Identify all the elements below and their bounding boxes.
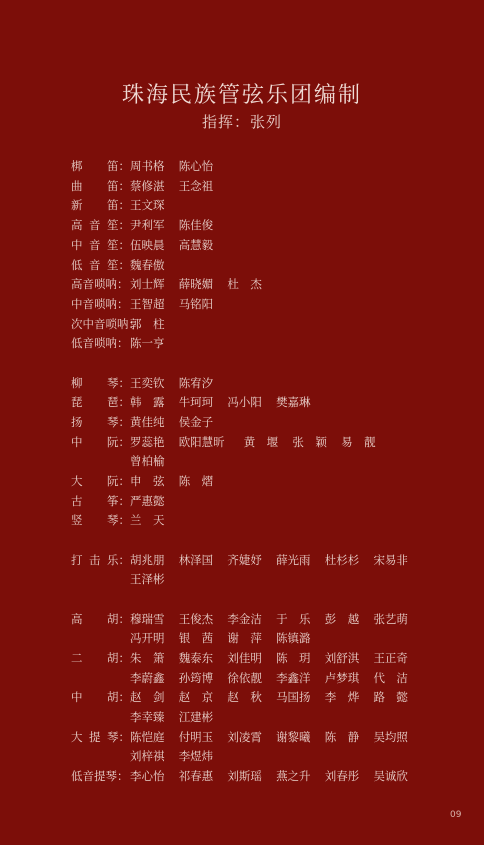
instrument-label-part: 音: [89, 236, 101, 256]
musician-name: 陈 熠: [179, 472, 228, 492]
musician-name: 王念祖: [179, 177, 228, 197]
musician-name: 杜杉杉: [325, 551, 374, 571]
musician-list: 王智超马铭阳: [130, 295, 430, 315]
instrument-row: 高胡：穆瑞雪王俊杰李金洁于 乐彭 越张艺萌冯开明银 茜谢 萍陈镇潞: [71, 610, 451, 649]
roster-section: 柳琴：王奕钦陈宥汐琵琶：韩 露牛珂珂冯小阳樊嘉琳扬琴：黄佳纯侯金子中阮：罗蕊艳欧…: [71, 374, 451, 532]
instrument-label-part: 中: [71, 433, 83, 453]
musician-name: 刘春彤: [325, 767, 374, 787]
instrument-row: 古筝：严惠懿: [71, 492, 451, 512]
instrument-row: 二胡：朱 箫魏泰东刘佳明陈 玥刘舒淇王正奇李蔚鑫孙筠博徐依靓李鑫洋卢梦琪代 洁: [71, 649, 451, 688]
musician-list: 蔡修湛王念祖: [130, 177, 430, 197]
musician-name: 周书格: [130, 157, 179, 177]
musician-name: 冯开明: [130, 629, 179, 649]
musician-name: 伍映晨: [130, 236, 179, 256]
instrument-label-part: 笛：: [107, 196, 130, 216]
musician-name: 刘梓祺: [130, 747, 179, 767]
musician-name: 张 颖: [292, 433, 341, 453]
instrument-row: 低音提琴：李心怡祁春惠刘斯瑶燕之升刘春彤吴诚欣: [71, 767, 451, 787]
musician-name: 陈 玥: [276, 649, 325, 669]
musician-name: 徐依靓: [227, 669, 276, 689]
instrument-label-part: 笙：: [107, 256, 130, 276]
musician-list: 黄佳纯侯金子: [130, 413, 430, 433]
musician-name: 陈镇潞: [276, 629, 325, 649]
instrument-row: 中胡：赵 剑赵 京赵 秋马国扬李 烨路 懿李幸臻江建彬: [71, 688, 451, 727]
instrument-label-part: 琶：: [107, 393, 130, 413]
instrument-label: 高音唢呐：: [71, 275, 130, 295]
musician-name: 江建彬: [179, 708, 228, 728]
musician-list: 尹利军陈佳俊: [130, 216, 430, 236]
musician-name: 杜 杰: [227, 275, 276, 295]
musician-list: 郭 柱: [130, 315, 430, 335]
instrument-label: 大阮：: [71, 472, 130, 492]
musician-name: 林泽国: [179, 551, 228, 571]
instrument-label-part: 胡：: [107, 610, 130, 630]
instrument-row: 次中音唢呐：郭 柱: [71, 315, 451, 335]
musician-name: 宋易非: [373, 551, 422, 571]
instrument-label: 中音笙：: [71, 236, 130, 256]
instrument-label-part: 中音唢呐：: [71, 295, 129, 315]
instrument-row: 高音笙：尹利军陈佳俊: [71, 216, 451, 236]
musician-name: 彭 越: [325, 610, 374, 630]
instrument-row: 中阮：罗蕊艳欧阳慧昕黄 堰张 颖易 靓曾柏榆: [71, 433, 451, 472]
musician-list: 王奕钦陈宥汐: [130, 374, 430, 394]
musician-list: 李心怡祁春惠刘斯瑶燕之升刘春彤吴诚欣: [130, 767, 430, 787]
instrument-row: 高音唢呐：刘士辉薛晓媚杜 杰: [71, 275, 451, 295]
instrument-label-part: 琴：: [107, 728, 130, 748]
musician-name: 易 靓: [341, 433, 390, 453]
musician-name: 马铭阳: [179, 295, 228, 315]
musician-name: 曾柏榆: [130, 452, 179, 472]
musician-list: 罗蕊艳欧阳慧昕黄 堰张 颖易 靓曾柏榆: [130, 433, 430, 472]
instrument-row: 柳琴：王奕钦陈宥汐: [71, 374, 451, 394]
instrument-row: 扬琴：黄佳纯侯金子: [71, 413, 451, 433]
instrument-label: 打击乐：: [71, 551, 130, 571]
musician-name: 陈恺庭: [130, 728, 179, 748]
musician-list: 魏春傲: [130, 256, 430, 276]
instrument-label-part: 胡：: [107, 688, 130, 708]
instrument-label-part: 阮：: [107, 433, 130, 453]
musician-list: 赵 剑赵 京赵 秋马国扬李 烨路 懿李幸臻江建彬: [130, 688, 430, 727]
musician-list: 陈恺庭付明玉刘凌霄谢黎曦陈 静吴均照刘梓祺李煜炜: [130, 728, 430, 767]
musician-list: 韩 露牛珂珂冯小阳樊嘉琳: [130, 393, 430, 413]
musician-name: 代 洁: [373, 669, 422, 689]
musician-name: 尹利军: [130, 216, 179, 236]
instrument-label-part: 笛：: [107, 177, 130, 197]
musician-list: 严惠懿: [130, 492, 430, 512]
instrument-label-part: 低音提琴：: [71, 767, 129, 787]
roster-section: 梆笛：周书格陈心怡曲笛：蔡修湛王念祖新笛：王文琛高音笙：尹利军陈佳俊中音笙：伍映…: [71, 157, 451, 354]
musician-list: 刘士辉薛晓媚杜 杰: [130, 275, 430, 295]
instrument-label-part: 高: [71, 610, 83, 630]
musician-name: 樊嘉琳: [276, 393, 325, 413]
instrument-label: 低音提琴：: [71, 767, 130, 787]
instrument-label-part: 高音唢呐：: [71, 275, 129, 295]
musician-name: 王文琛: [130, 196, 179, 216]
musician-name: 刘凌霄: [227, 728, 276, 748]
instrument-label-part: 打: [71, 551, 83, 571]
instrument-label-part: 低音唢呐：: [71, 334, 129, 354]
orchestra-roster: 梆笛：周书格陈心怡曲笛：蔡修湛王念祖新笛：王文琛高音笙：尹利军陈佳俊中音笙：伍映…: [71, 157, 451, 806]
musician-name: 严惠懿: [130, 492, 179, 512]
instrument-label: 扬琴：: [71, 413, 130, 433]
musician-name: 陈宥汐: [179, 374, 228, 394]
instrument-label-part: 大: [71, 728, 83, 748]
page-number: 09: [450, 810, 461, 820]
instrument-label-part: 二: [71, 649, 83, 669]
musician-name: 赵 剑: [130, 688, 179, 708]
musician-name: 王俊杰: [179, 610, 228, 630]
instrument-label: 高音笙：: [71, 216, 130, 236]
musician-name: 齐婕妤: [227, 551, 276, 571]
roster-section: 高胡：穆瑞雪王俊杰李金洁于 乐彭 越张艺萌冯开明银 茜谢 萍陈镇潞二胡：朱 箫魏…: [71, 610, 451, 787]
musician-name: 谢黎曦: [276, 728, 325, 748]
musician-name: 刘士辉: [130, 275, 179, 295]
instrument-label-part: 笙：: [107, 236, 130, 256]
instrument-label: 大提琴：: [71, 728, 130, 748]
instrument-label-part: 胡：: [107, 649, 130, 669]
musician-name: 郭 柱: [130, 315, 179, 335]
musician-name: 兰 天: [130, 511, 179, 531]
musician-name: 祁春惠: [179, 767, 228, 787]
musician-name: 申 弦: [130, 472, 179, 492]
instrument-label: 曲笛：: [71, 177, 130, 197]
instrument-label: 高胡：: [71, 610, 130, 630]
instrument-row: 琵琶：韩 露牛珂珂冯小阳樊嘉琳: [71, 393, 451, 413]
instrument-label: 二胡：: [71, 649, 130, 669]
instrument-label: 中阮：: [71, 433, 130, 453]
musician-name: 黄佳纯: [130, 413, 179, 433]
instrument-label-part: 中: [71, 688, 83, 708]
musician-name: 高慧毅: [179, 236, 228, 256]
musician-name: 谢 萍: [227, 629, 276, 649]
instrument-label-part: 梆: [71, 157, 83, 177]
page-title: 珠海民族管弦乐团编制: [0, 78, 484, 109]
musician-name: 刘斯瑶: [227, 767, 276, 787]
musician-name: 卢梦琪: [325, 669, 374, 689]
musician-name: 穆瑞雪: [130, 610, 179, 630]
instrument-label: 柳琴：: [71, 374, 130, 394]
musician-name: 王奕钦: [130, 374, 179, 394]
instrument-label: 次中音唢呐：: [71, 315, 130, 335]
musician-name: 李鑫洋: [276, 669, 325, 689]
musician-name: 付明玉: [179, 728, 228, 748]
musician-name: 李心怡: [130, 767, 179, 787]
musician-name: 蔡修湛: [130, 177, 179, 197]
musician-name: 王正奇: [373, 649, 422, 669]
instrument-row: 中音笙：伍映晨高慧毅: [71, 236, 451, 256]
instrument-label-part: 筝：: [107, 492, 130, 512]
musician-name: 魏春傲: [130, 256, 179, 276]
instrument-label: 中胡：: [71, 688, 130, 708]
instrument-label-part: 音: [89, 216, 101, 236]
instrument-label-part: 乐：: [107, 551, 130, 571]
instrument-row: 中音唢呐：王智超马铭阳: [71, 295, 451, 315]
musician-list: 伍映晨高慧毅: [130, 236, 430, 256]
musician-name: 王泽彬: [130, 570, 179, 590]
musician-name: 李蔚鑫: [130, 669, 179, 689]
musician-name: 王智超: [130, 295, 179, 315]
musician-name: 薛光雨: [276, 551, 325, 571]
musician-name: 于 乐: [276, 610, 325, 630]
instrument-row: 新笛：王文琛: [71, 196, 451, 216]
musician-name: 牛珂珂: [179, 393, 228, 413]
musician-name: 韩 露: [130, 393, 179, 413]
instrument-row: 梆笛：周书格陈心怡: [71, 157, 451, 177]
instrument-label: 新笛：: [71, 196, 130, 216]
musician-name: 马国扬: [276, 688, 325, 708]
instrument-row: 曲笛：蔡修湛王念祖: [71, 177, 451, 197]
instrument-label-part: 提: [89, 728, 101, 748]
musician-name: 陈一亨: [130, 334, 179, 354]
instrument-label-part: 琵: [71, 393, 83, 413]
musician-name: 李幸臻: [130, 708, 179, 728]
musician-name: 路 懿: [373, 688, 422, 708]
instrument-label-part: 古: [71, 492, 83, 512]
musician-name: 赵 秋: [227, 688, 276, 708]
musician-name: 胡兆朋: [130, 551, 179, 571]
instrument-label: 竖琴：: [71, 511, 130, 531]
musician-name: 侯金子: [179, 413, 228, 433]
musician-list: 申 弦陈 熠: [130, 472, 430, 492]
musician-name: 张艺萌: [373, 610, 422, 630]
musician-list: 兰 天: [130, 511, 430, 531]
instrument-row: 低音唢呐：陈一亨: [71, 334, 451, 354]
musician-name: 朱 箫: [130, 649, 179, 669]
instrument-label-part: 笛：: [107, 157, 130, 177]
musician-name: 孙筠博: [179, 669, 228, 689]
instrument-label-part: 大: [71, 472, 83, 492]
musician-name: 赵 京: [179, 688, 228, 708]
instrument-label: 低音唢呐：: [71, 334, 130, 354]
musician-name: 燕之升: [276, 767, 325, 787]
instrument-label-part: 柳: [71, 374, 83, 394]
instrument-row: 大提琴：陈恺庭付明玉刘凌霄谢黎曦陈 静吴均照刘梓祺李煜炜: [71, 728, 451, 767]
musician-name: 陈 静: [325, 728, 374, 748]
musician-list: 王文琛: [130, 196, 430, 216]
instrument-label-part: 高: [71, 216, 83, 236]
musician-name: 陈心怡: [179, 157, 228, 177]
musician-list: 胡兆朋林泽国齐婕妤薛光雨杜杉杉宋易非王泽彬: [130, 551, 430, 590]
instrument-label: 中音唢呐：: [71, 295, 130, 315]
instrument-label-part: 阮：: [107, 472, 130, 492]
instrument-label-part: 低: [71, 256, 83, 276]
instrument-label-part: 曲: [71, 177, 83, 197]
instrument-row: 竖琴：兰 天: [71, 511, 451, 531]
instrument-label-part: 音: [89, 256, 101, 276]
musician-name: 冯小阳: [227, 393, 276, 413]
musician-name: 刘佳明: [227, 649, 276, 669]
instrument-label-part: 琴：: [107, 413, 130, 433]
musician-name: 李煜炜: [179, 747, 228, 767]
instrument-label-part: 笙：: [107, 216, 130, 236]
musician-name: 李金洁: [227, 610, 276, 630]
instrument-row: 大阮：申 弦陈 熠: [71, 472, 451, 492]
musician-name: 陈佳俊: [179, 216, 228, 236]
instrument-row: 打击乐：胡兆朋林泽国齐婕妤薛光雨杜杉杉宋易非王泽彬: [71, 551, 451, 590]
musician-name: 银 茜: [179, 629, 228, 649]
musician-list: 穆瑞雪王俊杰李金洁于 乐彭 越张艺萌冯开明银 茜谢 萍陈镇潞: [130, 610, 430, 649]
musician-name: 刘舒淇: [325, 649, 374, 669]
instrument-label-part: 竖: [71, 511, 83, 531]
musician-name: 薛晓媚: [179, 275, 228, 295]
musician-name: 吴诚欣: [373, 767, 422, 787]
instrument-label-part: 扬: [71, 413, 83, 433]
instrument-label-part: 新: [71, 196, 83, 216]
instrument-label: 古筝：: [71, 492, 130, 512]
instrument-label: 梆笛：: [71, 157, 130, 177]
roster-section: 打击乐：胡兆朋林泽国齐婕妤薛光雨杜杉杉宋易非王泽彬: [71, 551, 451, 590]
musician-name: 欧阳慧昕: [179, 433, 244, 453]
musician-list: 周书格陈心怡: [130, 157, 430, 177]
musician-name: 魏泰东: [179, 649, 228, 669]
instrument-label-part: 中: [71, 236, 83, 256]
musician-list: 陈一亨: [130, 334, 430, 354]
musician-name: 李 烨: [325, 688, 374, 708]
instrument-label: 琵琶：: [71, 393, 130, 413]
instrument-label-part: 琴：: [107, 374, 130, 394]
musician-name: 黄 堰: [244, 433, 293, 453]
musician-list: 朱 箫魏泰东刘佳明陈 玥刘舒淇王正奇李蔚鑫孙筠博徐依靓李鑫洋卢梦琪代 洁: [130, 649, 430, 688]
instrument-label-part: 击: [89, 551, 101, 571]
instrument-label-part: 琴：: [107, 511, 130, 531]
conductor-line: 指挥：张列: [0, 111, 484, 132]
musician-name: 罗蕊艳: [130, 433, 179, 453]
instrument-label: 低音笙：: [71, 256, 130, 276]
instrument-row: 低音笙：魏春傲: [71, 256, 451, 276]
musician-name: 吴均照: [373, 728, 422, 748]
